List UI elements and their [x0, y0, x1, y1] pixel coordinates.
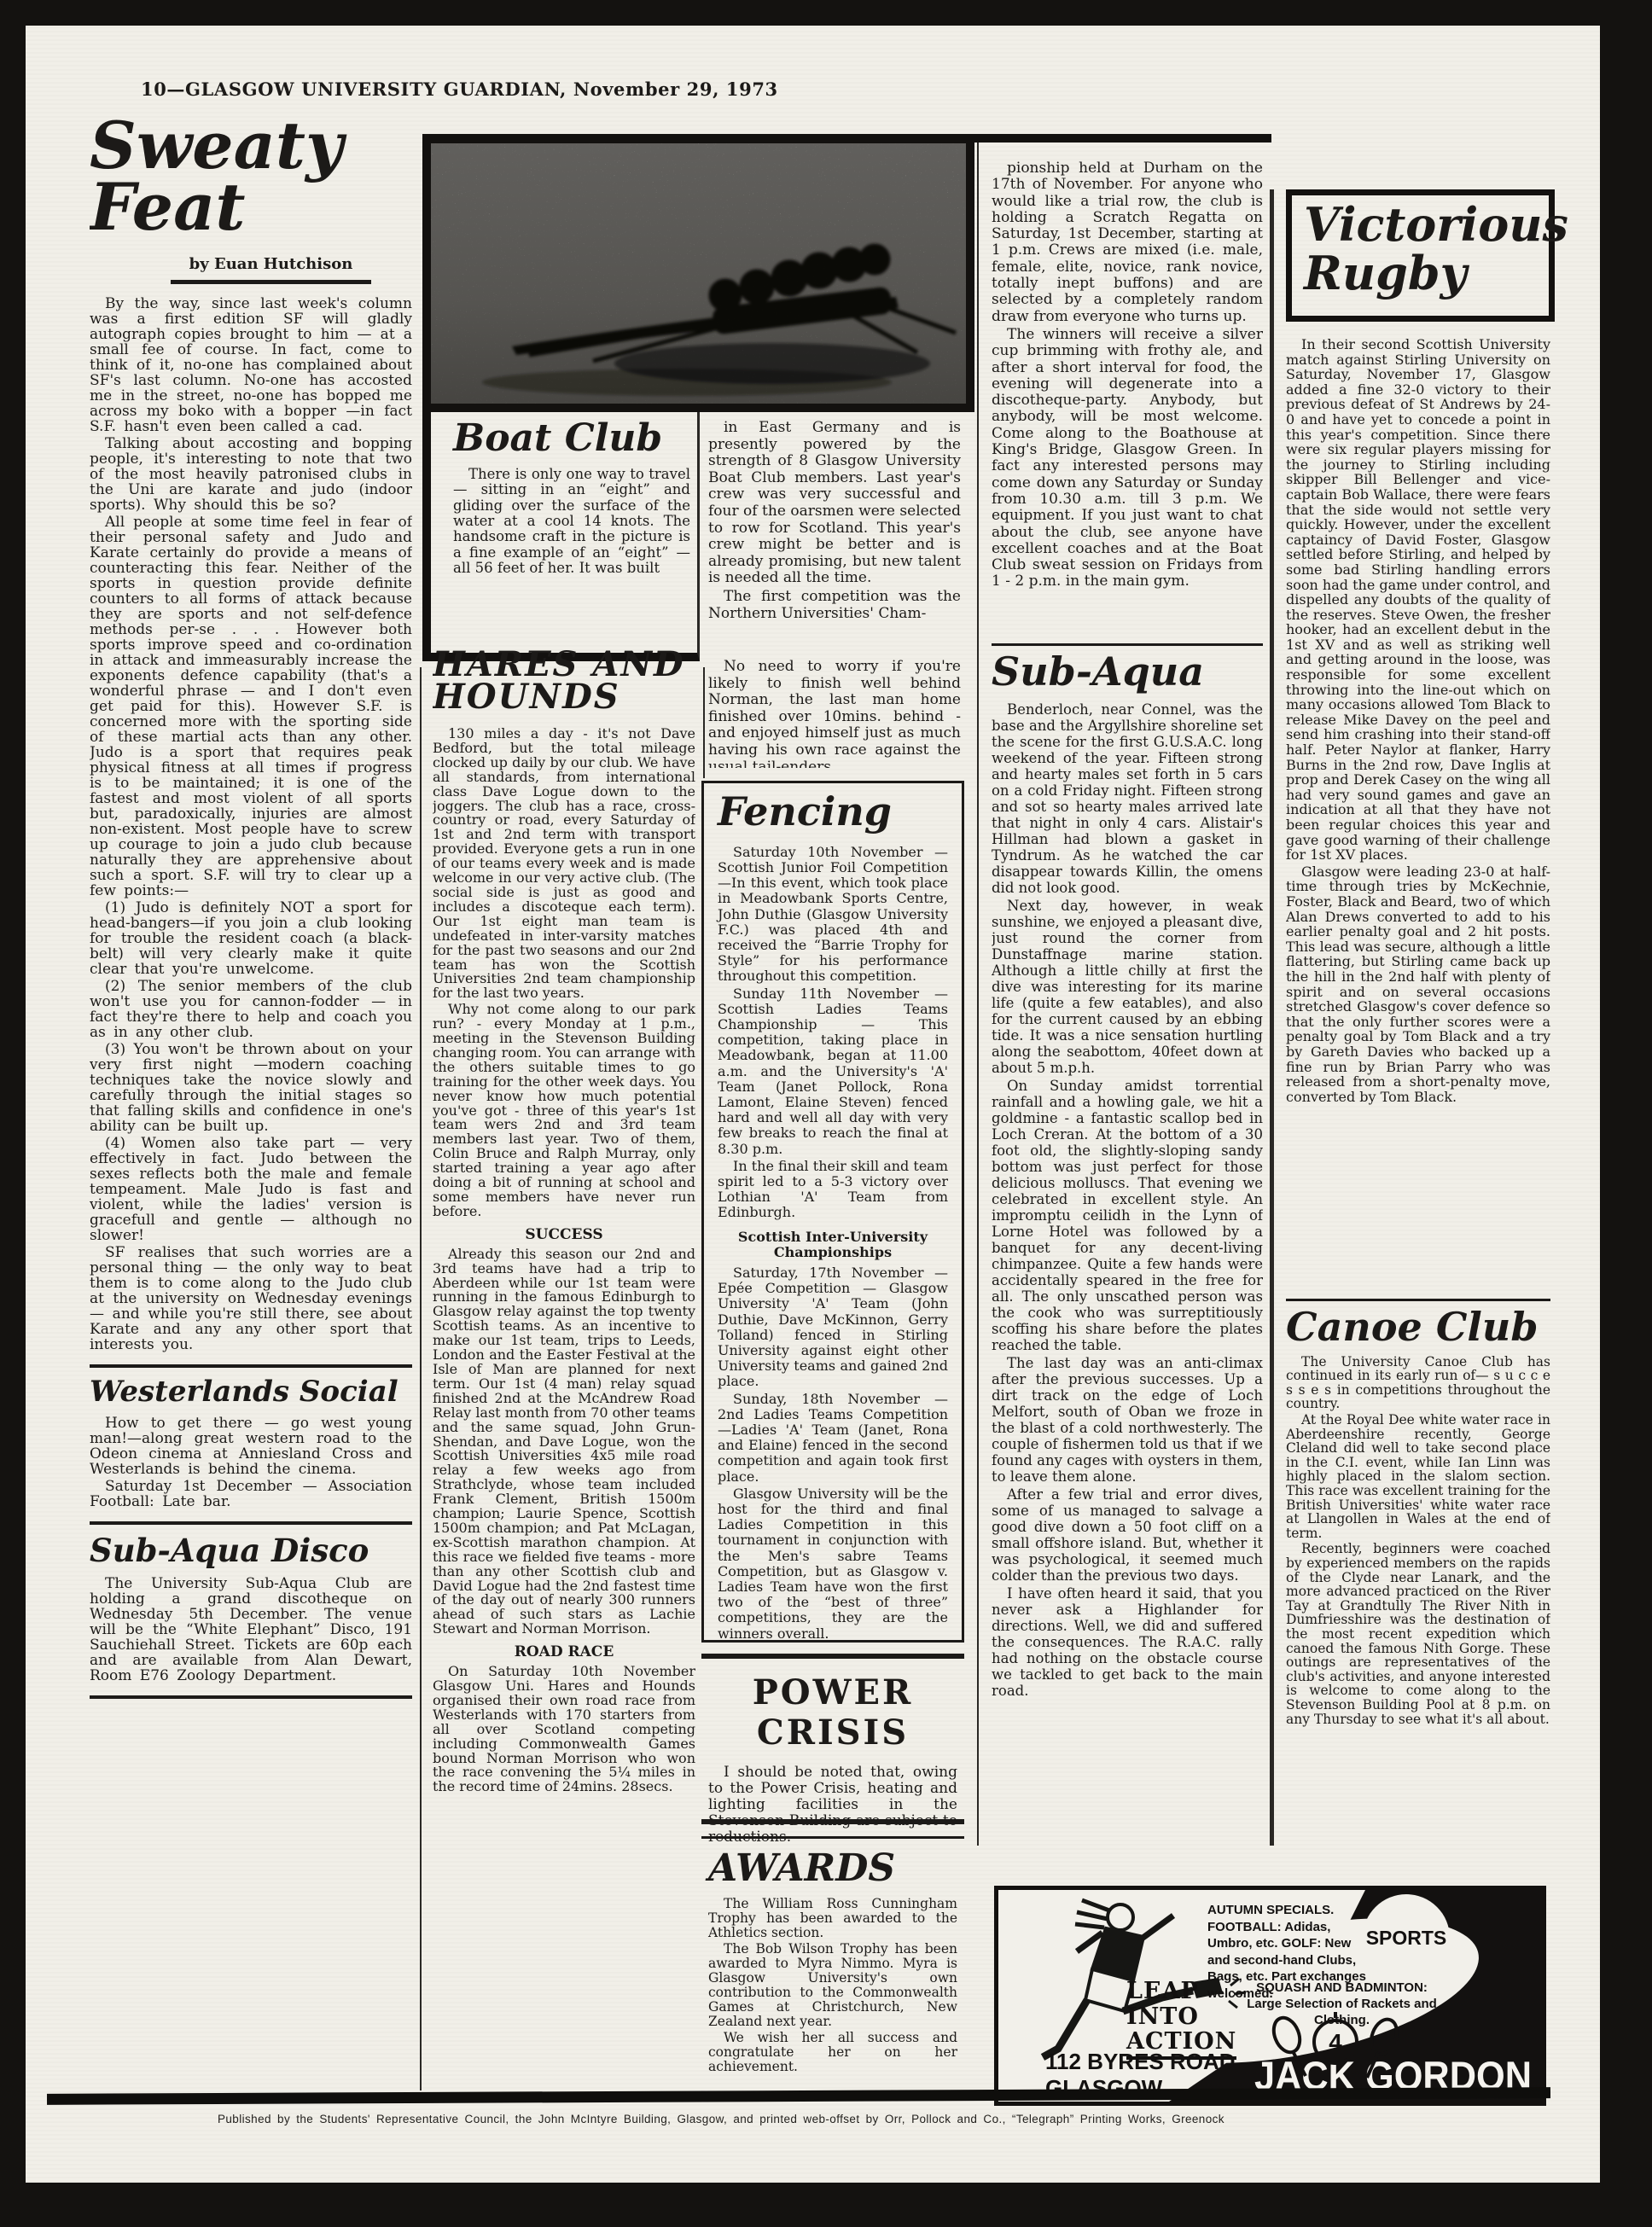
paragraph: On Saturday 10th November Glasgow Uni. H…: [433, 1665, 695, 1794]
paragraph: Already this season our 2nd and 3rd team…: [433, 1247, 695, 1637]
fencing-body: Saturday 10th November — Scottish Junior…: [718, 845, 948, 1642]
paragraph: Talking about accosting and bopping peop…: [90, 436, 412, 513]
divider: [90, 1521, 412, 1525]
subaqua-title: Sub-Aqua: [992, 654, 1263, 691]
paragraph: There is only one way to travel — sittin…: [453, 467, 690, 577]
paragraph: The William Ross Cunningham Trophy has b…: [708, 1897, 957, 1940]
jack-gordon-advert: SPORTS JACK GORDON 4: [994, 1886, 1546, 2106]
paragraph: Why not come along to our park run? - ev…: [433, 1003, 695, 1219]
newspaper-page: 10—GLASGOW UNIVERSITY GUARDIAN, November…: [26, 26, 1600, 2183]
sports-badge-label: SPORTS: [1366, 1927, 1447, 1949]
advert-slogan: LEAP INTO ACTION: [1126, 1979, 1236, 2060]
fencing-title: Fencing: [718, 794, 948, 831]
column-rule: [1270, 189, 1274, 1846]
paragraph: Saturday 10th November — Scottish Junior…: [718, 845, 948, 985]
boat-club-title: Boat Club: [453, 421, 690, 456]
paragraph: We wish her all success and congratulate…: [708, 2031, 957, 2074]
column-canoe: Canoe Club The University Canoe Club has…: [1286, 1309, 1550, 1859]
paragraph: After a few trial and error dives, some …: [992, 1486, 1263, 1584]
paragraph: The first competition was the Northern U…: [708, 589, 961, 622]
paragraph: The University Canoe Club has continued …: [1286, 1355, 1550, 1411]
column-rule: [977, 142, 979, 1846]
column-sweaty-feat: Sweaty Feat by Euan Hutchison By the way…: [90, 115, 412, 2103]
awards-body: The William Ross Cunningham Trophy has b…: [708, 1897, 957, 2074]
westerlands-title: Westerlands Social: [90, 1375, 412, 1409]
canoe-body: The University Canoe Club has continued …: [1286, 1355, 1550, 1726]
imprint-line: Published by the Students' Representativ…: [218, 2113, 1224, 2125]
paragraph: (4) Women also take part — very effectiv…: [90, 1136, 412, 1243]
paragraph: SUCCESS: [433, 1228, 695, 1242]
paragraph: No need to worry if you're likely to fin…: [708, 659, 961, 768]
paragraph: Glasgow University will be the host for …: [718, 1486, 948, 1642]
paragraph: The winners will receive a silver cup br…: [992, 327, 1263, 590]
divider: [90, 1695, 412, 1699]
paragraph: Recently, beginners were coached by expe…: [1286, 1542, 1550, 1726]
paragraph: ROAD RACE: [433, 1645, 695, 1660]
paragraph: Scottish Inter-University Championships: [718, 1230, 948, 1260]
divider: [90, 1364, 412, 1368]
paragraph: 130 miles a day - it's not Dave Bedford,…: [433, 727, 695, 1001]
paragraph: I should be noted that, owing to the Pow…: [708, 1765, 957, 1846]
column-hares-hounds: HARES AND HOUNDS 130 miles a day - it's …: [433, 648, 695, 2099]
power-crisis-section: POWER CRISIS I should be noted that, owi…: [701, 1654, 964, 1824]
subaqua-disco-body: The University Sub-Aqua Club are holding…: [90, 1576, 412, 1683]
rowing-photo: [422, 135, 974, 412]
subaqua-disco-title: Sub-Aqua Disco: [90, 1532, 412, 1569]
advert-phone: 041-339 2173: [1045, 2103, 1236, 2106]
paragraph: Saturday 1st December — Association Foot…: [90, 1479, 412, 1509]
paragraph: pionship held at Durham on the 17th of N…: [992, 160, 1263, 325]
paragraph: In their second Scottish University matc…: [1286, 337, 1550, 863]
sweaty-feat-body: By the way, since last week's column was…: [90, 296, 412, 1352]
paragraph: How to get there — go west young man!—al…: [90, 1416, 412, 1477]
awards-section: AWARDS The William Ross Cunningham Troph…: [701, 1836, 964, 2085]
paragraph: The Bob Wilson Trophy has been awarded t…: [708, 1942, 957, 2029]
paragraph: At the Royal Dee white water race in Abe…: [1286, 1413, 1550, 1540]
paragraph: Next day, however, in weak sunshine, we …: [992, 898, 1263, 1076]
column-rule: [703, 667, 705, 778]
awards-title: AWARDS: [708, 1851, 957, 1887]
boat-club-col-b: in East Germany and is presently powered…: [708, 420, 961, 655]
divider: [992, 643, 1263, 646]
boat-club-section: Boat Club There is only one way to trave…: [422, 412, 700, 661]
boat-club-col-a: There is only one way to travel — sittin…: [453, 467, 690, 577]
rugby-title: Victorious Rugby: [1304, 201, 1549, 298]
paragraph: All people at some time feel in fear of …: [90, 515, 412, 898]
paragraph: The last day was an anti-climax after th…: [992, 1355, 1263, 1485]
westerlands-body: How to get there — go west young man!—al…: [90, 1416, 412, 1509]
paragraph: SF realises that such worries are a pers…: [90, 1245, 412, 1352]
paragraph: in East Germany and is presently powered…: [708, 420, 961, 587]
canoe-title: Canoe Club: [1286, 1309, 1550, 1346]
newspaper-scan: { "page": { "header": "10—GLASGOW UNIVER…: [0, 0, 1652, 2227]
paragraph: In the final their skill and team spirit…: [718, 1159, 948, 1221]
advert-street: 112 BYRES ROAD: [1045, 2049, 1236, 2075]
paragraph: The University Sub-Aqua Club are holding…: [90, 1576, 412, 1683]
power-crisis-body: I should be noted that, owing to the Pow…: [708, 1765, 957, 1846]
paragraph: (3) You won't be thrown about on your ve…: [90, 1042, 412, 1134]
hares-hounds-continuation: No need to worry if you're likely to fin…: [708, 659, 961, 768]
paragraph: I have often heard it said, that you nev…: [992, 1585, 1263, 1699]
rugby-title-box: Victorious Rugby: [1286, 189, 1555, 322]
column-subaqua: Sub-Aqua Benderloch, near Connel, was th…: [992, 654, 1263, 1845]
advert-racket-offer: SQUASH AND BADMINTON: Large Selection of…: [1242, 1980, 1442, 2028]
column-rule: [420, 667, 422, 2090]
paragraph: Benderloch, near Connel, was the base an…: [992, 701, 1263, 896]
subaqua-body: Benderloch, near Connel, was the base an…: [992, 701, 1263, 1699]
paragraph: Glasgow were leading 23-0 at half-time t…: [1286, 864, 1550, 1105]
byline: by Euan Hutchison: [171, 255, 371, 284]
paragraph: (1) Judo is definitely NOT a sport for h…: [90, 900, 412, 977]
paragraph: By the way, since last week's column was…: [90, 296, 412, 434]
paragraph: Sunday 11th November — Scottish Ladies T…: [718, 986, 948, 1157]
sweaty-feat-title: Sweaty Feat: [90, 115, 412, 238]
divider: [1286, 1299, 1550, 1301]
fencing-section: Fencing Saturday 10th November — Scottis…: [701, 781, 964, 1643]
rowing-photo-image: [431, 143, 966, 404]
paragraph: Sunday, 18th November — 2nd Ladies Teams…: [718, 1392, 948, 1485]
boat-club-col-c: pionship held at Durham on the 17th of N…: [992, 160, 1263, 640]
paragraph: On Sunday amidst torrential rainfall and…: [992, 1078, 1263, 1353]
paragraph: (2) The senior members of the club won't…: [90, 979, 412, 1040]
power-crisis-title: POWER CRISIS: [708, 1672, 957, 1753]
hares-hounds-body: 130 miles a day - it's not Dave Bedford,…: [433, 727, 695, 1794]
page-header: 10—GLASGOW UNIVERSITY GUARDIAN, November…: [141, 78, 778, 100]
hares-hounds-title: HARES AND HOUNDS: [433, 648, 695, 713]
stopwatch-number: 4: [1329, 2029, 1342, 2055]
rugby-body: In their second Scottish University matc…: [1286, 337, 1550, 1293]
paragraph: Saturday, 17th November — Epée Competiti…: [718, 1265, 948, 1390]
